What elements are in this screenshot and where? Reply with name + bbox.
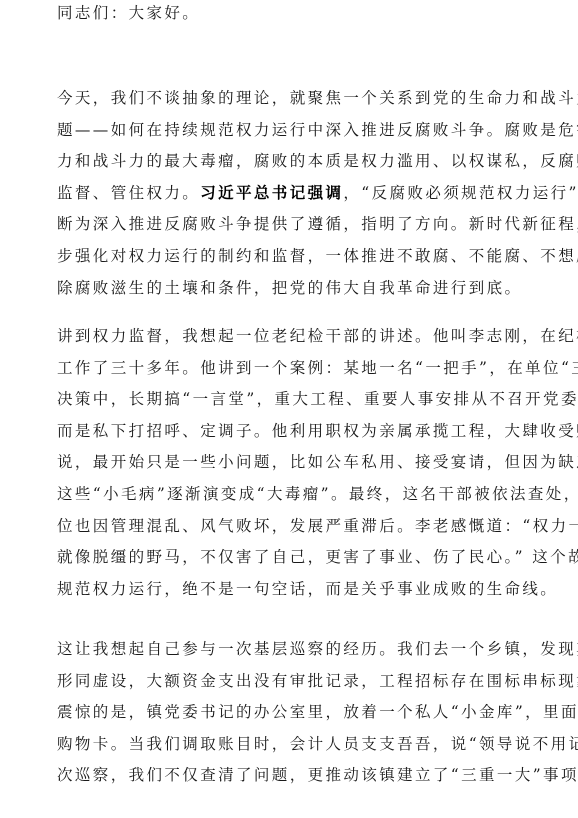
- text-line-with-emphasis: 监督、管住权力。习近平总书记强调，“反腐败必须规范权力运行”。这一重要论: [57, 178, 578, 210]
- greeting: 同志们：大家好。: [57, 0, 200, 30]
- text-line: 形同虚设，大额资金支出没有审批记录，工程招标存在围标串标现象。更令人: [57, 666, 578, 698]
- text-line: 除腐败滋生的土壤和条件，把党的伟大自我革命进行到底。: [57, 273, 578, 305]
- text-line: 就像脱缰的野马，不仅害了自己，更害了事业、伤了民心。” 这个故事让我明白，: [57, 542, 578, 574]
- text-line: 购物卡。当我们调取账目时，会计人员支支吾吾，说“领导说不用记那么细”。这: [57, 729, 578, 761]
- text-line: 决策中，长期搞“一言堂”，重大工程、重要人事安排从不召开党委会集体研究，: [57, 384, 578, 416]
- text-line: 而是私下打招呼、定调子。他利用职权为亲属承揽工程，大肆收受贿赂。李老: [57, 416, 578, 448]
- text-line: 步强化对权力运行的制约和监督，一体推进不敢腐、不能腐、不想腐，着力铲: [57, 241, 578, 273]
- paragraph-1: 今天，我们不谈抽象的理论，就聚焦一个关系到党的生命力和战斗力的重大课 题——如何…: [57, 83, 578, 304]
- text-line: 次巡察，我们不仅查清了问题，更推动该镇建立了“三重一大”事项决策全程纪实: [57, 760, 578, 792]
- text-line: 位也因管理混乱、风气败坏，发展严重滞后。李老感慨道：“权力一旦失去监督，: [57, 511, 578, 543]
- text-line: 震惊的是，镇党委书记的办公室里，放着一个私人“小金库”，里面装满了现金和: [57, 697, 578, 729]
- text-segment: ，“反腐败必须规范权力运行”。这一重要论: [343, 184, 578, 202]
- text-line: 讲到权力监督，我想起一位老纪检干部的讲述。他叫李志刚，在纪检监察系统: [57, 321, 578, 353]
- text-line: 工作了三十多年。他讲到一个案例：某地一名“一把手”，在单位“三重一大”事项: [57, 353, 578, 385]
- text-line: 这让我想起自己参与一次基层巡察的经历。我们去一个乡镇，发现其财务制度: [57, 634, 578, 666]
- text-line: 题——如何在持续规范权力运行中深入推进反腐败斗争。腐败是危害党的生命: [57, 115, 578, 147]
- text-segment: 监督、管住权力。: [57, 184, 200, 202]
- paragraph-3: 这让我想起自己参与一次基层巡察的经历。我们去一个乡镇，发现其财务制度 形同虚设，…: [57, 634, 578, 792]
- text-line: 断为深入推进反腐败斗争提供了遵循，指明了方向。新时代新征程，必须进一: [57, 209, 578, 241]
- text-line: 这些“小毛病”逐渐演变成“大毒瘤”。最终，这名干部被依法查处，而他主政的单: [57, 479, 578, 511]
- text-line: 说，最开始只是一些小问题，比如公车私用、接受宴请，但因为缺乏有效监督，: [57, 447, 578, 479]
- bold-emphasis: 习近平总书记强调: [200, 184, 343, 202]
- text-line: 规范权力运行，绝不是一句空话，而是关乎事业成败的生命线。: [57, 574, 578, 606]
- text-line: 今天，我们不谈抽象的理论，就聚焦一个关系到党的生命力和战斗力的重大课: [57, 83, 578, 115]
- text-line: 力和战斗力的最大毒瘤，腐败的本质是权力滥用、以权谋私，反腐败必须强化: [57, 146, 578, 178]
- paragraph-2: 讲到权力监督，我想起一位老纪检干部的讲述。他叫李志刚，在纪检监察系统 工作了三十…: [57, 321, 578, 605]
